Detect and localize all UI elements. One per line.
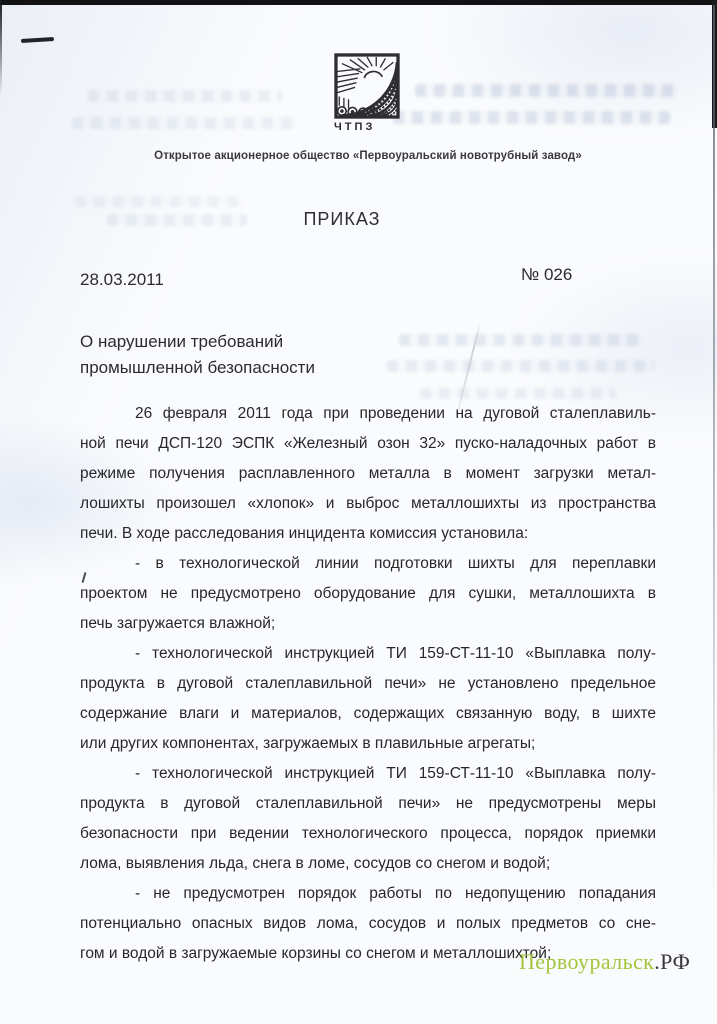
organization-name: Открытое акционерное общество «Первоурал… — [80, 150, 656, 162]
chtpz-pipes-logo-icon — [334, 53, 400, 119]
document-subject: О нарушении требований промышленной безо… — [80, 329, 315, 381]
body-line: - технологической инструкцией ТИ 159-СТ-… — [80, 639, 656, 669]
body-line: потенциально опасных видов лома, сосудов… — [80, 909, 656, 939]
logo-letters: Ч Т П З — [334, 121, 400, 133]
subject-line: О нарушении требований — [80, 329, 315, 355]
body-line: печь загружается влажной; — [80, 609, 656, 639]
scan-top-edge — [0, 0, 717, 5]
bleed-through-smudge — [399, 334, 642, 346]
body-line: - технологической инструкцией ТИ 159-СТ-… — [80, 759, 656, 789]
body-line: лома, выявления льда, снега в ломе, сосу… — [80, 849, 656, 879]
body-line: печи. В ходе расследования инцидента ком… — [80, 519, 656, 549]
body-line: или других компонентах, загружаемых в пл… — [80, 729, 656, 759]
document-body: 26 февраля 2011 года при проведении на д… — [80, 399, 656, 969]
bleed-through-smudge — [420, 388, 616, 399]
bleed-through-smudge — [75, 196, 245, 207]
document-number: № 026 — [521, 265, 572, 285]
pen-mark — [21, 37, 54, 43]
body-line: проектом не предусмотрено оборудование д… — [80, 579, 656, 609]
body-line: ной печи ДСП-120 ЭСПК «Железный озон 32»… — [80, 429, 656, 459]
bleed-through-smudge — [415, 84, 677, 97]
body-line: безопасности при ведении технологическог… — [80, 819, 656, 849]
document-title: ПРИКАЗ — [54, 209, 630, 230]
body-line: - не предусмотрен порядок работы по недо… — [80, 879, 656, 909]
bleed-through-smudge — [393, 111, 670, 124]
scan-right-shadow — [713, 5, 715, 910]
site-watermark: Первоуральск.РФ — [519, 949, 690, 975]
body-line: 26 февраля 2011 года при проведении на д… — [80, 399, 656, 429]
body-line: лошихты произошел «хлопок» и выброс мета… — [80, 489, 656, 519]
body-line: продукта в дуговой сталеплавильной печи»… — [80, 789, 656, 819]
body-line: - в технологической линии подготовки ших… — [80, 549, 656, 579]
bleed-through-smudge — [72, 117, 297, 129]
watermark-site: Первоуральск — [519, 949, 654, 974]
body-line: содержание влаги и материалов, содержащи… — [80, 699, 656, 729]
body-line: продукта в дуговой сталеплавильной печи»… — [80, 669, 656, 699]
document-date: 28.03.2011 — [80, 270, 164, 290]
bleed-through-smudge — [387, 360, 655, 372]
scanned-document-page: Ч Т П З Открытое акционерное общество «П… — [0, 0, 717, 1024]
body-line: режиме получения расплавленного металла … — [80, 459, 656, 489]
watermark-tld: .РФ — [654, 949, 690, 974]
subject-line: промышленной безопасности — [80, 355, 315, 381]
bleed-through-smudge — [88, 90, 283, 102]
scan-left-edge — [0, 0, 2, 96]
